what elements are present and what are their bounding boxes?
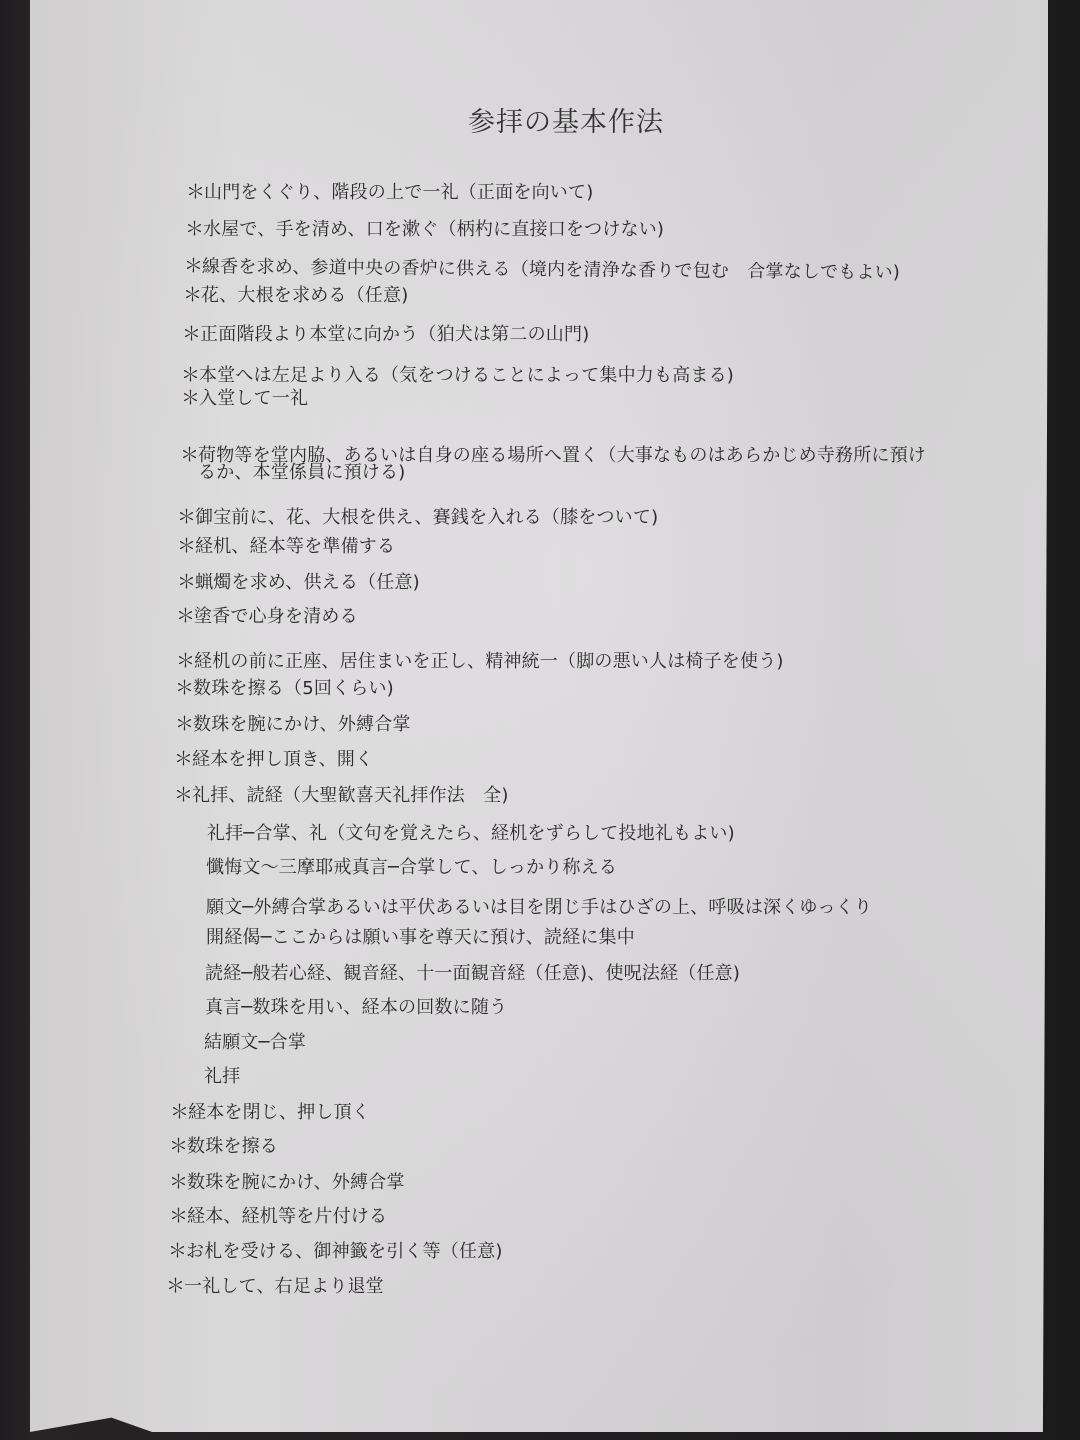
asterisk-bullet-icon: ＊: [169, 1131, 187, 1158]
asterisk-bullet-icon: ＊: [176, 646, 194, 673]
asterisk-bullet-icon: ＊: [182, 319, 200, 346]
closing-step-item: ＊数珠を腕にかけ、外縛合掌: [169, 1167, 405, 1194]
step-item: ＊数珠を腕にかけ、外縛合掌: [175, 709, 411, 736]
step-text: 経机の前に正座、居住まいを正し、精神統一（脚の悪い人は椅子を使う): [194, 651, 784, 672]
asterisk-bullet-icon: ＊: [169, 1201, 187, 1228]
asterisk-bullet-icon: ＊: [177, 502, 195, 529]
closing-step-item: ＊一礼して、右足より退堂: [166, 1271, 384, 1298]
step-text: 入堂して一礼: [199, 388, 308, 409]
asterisk-bullet-icon: ＊: [175, 709, 193, 736]
asterisk-bullet-icon: ＊: [177, 531, 195, 558]
step-text: 数珠を擦る: [187, 1136, 278, 1157]
sub-step-item: 礼拝: [204, 1062, 240, 1088]
step-item: ＊数珠を擦る（5回くらい): [175, 673, 394, 700]
step-text: 一礼して、右足より退堂: [184, 1276, 384, 1297]
step-item: ＊御宝前に、花、大根を供え、賽銭を入れる（膝をついて): [177, 502, 658, 529]
step-text: るか、本堂係員に預ける): [198, 462, 405, 483]
sub-step-item: 願文─外縛合掌あるいは平伏あるいは目を閉じ手はひざの上、呼吸は深くゆっくり: [206, 893, 872, 919]
sub-step-item: 礼拝─合掌、礼（文句を覚えたら、経机をずらして投地礼もよい): [207, 819, 735, 845]
closing-step-item: ＊数珠を擦る: [169, 1131, 278, 1158]
step-text: 数珠を擦る（5回くらい): [193, 678, 394, 699]
asterisk-bullet-icon: ＊: [174, 744, 192, 771]
step-item: ＊水屋で、手を清め、口を漱ぐ（柄杓に直接口をつけない): [185, 214, 664, 241]
step-item: ＊蝋燭を求め、供える（任意): [177, 567, 420, 594]
asterisk-bullet-icon: ＊: [166, 1271, 184, 1298]
asterisk-bullet-icon: ＊: [170, 1097, 188, 1124]
step-item: ＊入堂して一礼: [181, 383, 308, 410]
page-title: 参拝の基本作法: [468, 100, 664, 139]
asterisk-bullet-icon: ＊: [168, 1236, 186, 1263]
sub-step-item: 読経─般若心経、観音経、十一面観音経（任意)、使呪法経（任意): [205, 959, 740, 985]
asterisk-bullet-icon: ＊: [176, 601, 194, 628]
step-item: ＊山門をくぐり、階段の上で一礼（正面を向いて): [186, 177, 593, 204]
sub-step-item: 結願文─合掌: [204, 1028, 306, 1054]
step-text: 御宝前に、花、大根を供え、賽銭を入れる（膝をついて): [195, 507, 658, 528]
step-item: ＊経机、経本等を準備する: [177, 531, 395, 558]
step-text: 正面階段より本堂に向かう（狛犬は第二の山門): [200, 324, 589, 345]
step-text: 塗香で心身を清める: [194, 606, 358, 627]
closing-step-item: ＊お札を受ける、御神籤を引く等（任意): [168, 1236, 503, 1263]
asterisk-bullet-icon: ＊: [169, 1167, 187, 1194]
step-text: 数珠を腕にかけ、外縛合掌: [193, 714, 411, 735]
sub-step-item: 懺悔文～三摩耶戒真言─合掌して、しっかり称える: [206, 853, 617, 879]
asterisk-bullet-icon: ＊: [174, 780, 192, 807]
step-text: 経本を閉じ、押し頂く: [188, 1102, 370, 1123]
asterisk-bullet-icon: ＊: [177, 567, 195, 594]
step-text: 数珠を腕にかけ、外縛合掌: [187, 1172, 405, 1193]
step-item: ＊正面階段より本堂に向かう（狛犬は第二の山門): [182, 319, 589, 346]
photo-background: 参拝の基本作法 ＊山門をくぐり、階段の上で一礼（正面を向いて) ＊水屋で、手を清…: [0, 0, 1080, 1440]
step-text: 山門をくぐり、階段の上で一礼（正面を向いて): [204, 182, 593, 203]
asterisk-bullet-icon: ＊: [185, 214, 203, 241]
step-item: ＊塗香で心身を清める: [176, 601, 358, 628]
step-text: 経本を押し頂き、開く: [192, 749, 373, 770]
asterisk-bullet-icon: ＊: [186, 177, 204, 204]
step-item: ＊経本を押し頂き、開く: [174, 744, 373, 771]
step-text: 礼拝、読経（大聖歓喜天礼拝作法 全): [192, 785, 509, 806]
asterisk-bullet-icon: ＊: [183, 280, 201, 307]
step-text: 経机、経本等を準備する: [195, 536, 395, 557]
sub-step-item: 開経偈─ここからは願い事を尊天に預け、読経に集中: [206, 923, 635, 949]
step-text: お札を受ける、御神籤を引く等（任意): [186, 1241, 503, 1262]
step-text: 花、大根を求める（任意): [201, 285, 408, 306]
step-item: ＊経机の前に正座、居住まいを正し、精神統一（脚の悪い人は椅子を使う): [176, 646, 784, 673]
step-item: ＊礼拝、読経（大聖歓喜天礼拝作法 全): [174, 780, 509, 807]
step-text: 経本、経机等を片付ける: [187, 1206, 387, 1227]
sub-step-item: 真言─数珠を用い、経本の回数に随う: [205, 993, 507, 1019]
closing-step-item: ＊経本、経机等を片付ける: [169, 1201, 387, 1228]
step-text: 蝋燭を求め、供える（任意): [195, 572, 420, 593]
asterisk-bullet-icon: ＊: [184, 251, 202, 278]
asterisk-bullet-icon: ＊: [175, 673, 193, 700]
asterisk-bullet-icon: ＊: [181, 383, 199, 410]
step-item: ＊花、大根を求める（任意): [183, 280, 408, 307]
step-text: 水屋で、手を清め、口を漱ぐ（柄杓に直接口をつけない): [203, 219, 664, 240]
step-item-continuation: るか、本堂係員に預ける): [180, 458, 405, 484]
closing-step-item: ＊経本を閉じ、押し頂く: [170, 1097, 370, 1124]
